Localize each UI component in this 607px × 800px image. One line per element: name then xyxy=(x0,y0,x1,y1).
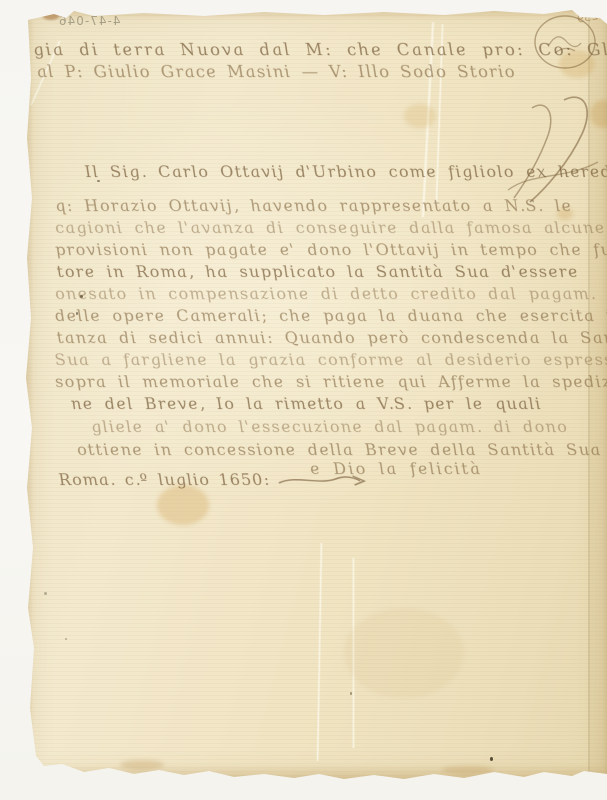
paper-edge-shading xyxy=(24,8,34,780)
paper-edge-shading xyxy=(24,8,607,20)
paper-edge-shading xyxy=(24,8,607,780)
scan-background: 4-47-046 239 gia di terra Nuova dal M: c… xyxy=(0,0,607,800)
manuscript-page: 4-47-046 239 gia di terra Nuova dal M: c… xyxy=(24,8,607,780)
paper-edge-shading xyxy=(24,764,607,780)
